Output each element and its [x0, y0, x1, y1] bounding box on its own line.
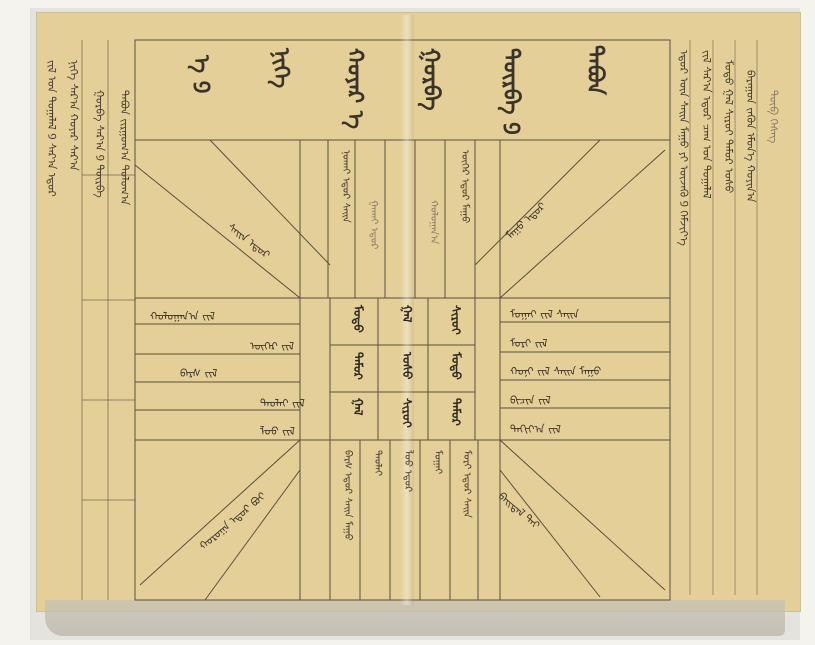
center-cell-2: ᠭᠠᠯ [397, 305, 418, 322]
right-margin-column-2: ᠵᠢᠯ ᠰᠠᠷ᠎ᠠ ᠡᠳᠦᠷ ᠴᠠᠭ ᠤᠨ ᠲᠣᠭᠠᠯᠠᠯ [697, 50, 716, 199]
right-margin-column-5: ᠲᠥᠪ ᠬᠡᠰᠡᠭ [764, 90, 783, 143]
right-row-1: ᠮᠣᠭᠠᠢ ᠵᠢᠯ ᠰᠠᠢᠨ [510, 303, 579, 322]
left-row-1: ᠬᠤᠯᠤᠭᠠᠨ᠎ᠠ ᠵᠢᠯ [150, 305, 215, 324]
center-cell-3: ᠰᠢᠷᠤᠢ [446, 305, 467, 335]
left-row-3: ᠪᠠᠷᠰ ᠵᠢᠯ [180, 362, 217, 381]
left-margin-column-2: ᠨᠢᠭᠡ ᠰᠠᠷ᠎ᠠ ᠬᠣᠶᠠᠷ ᠰᠠᠷ᠎ᠠ [64, 60, 83, 171]
header-glyph-6: ᠲᠠᠪᠤᠨ [576, 45, 614, 95]
right-margin-column-3: ᠮᠣᠳᠤ ᠭᠠᠯ ᠰᠢᠷᠤᠢ ᠲᠡᠮᠦᠷ ᠤᠰᠤ [719, 60, 738, 193]
right-margin-column-4: ᠪᠠᠷᠠᠭᠤᠨ ᠵᠡᠭᠦᠨ ᠡᠮᠦᠨ᠎ᠡ ᠬᠣᠶᠢᠨ᠎ᠠ [741, 70, 760, 202]
left-margin-column-1: ᠵᠢᠯ ᠤᠨ ᠲᠣᠭᠠᠯᠠᠯ ᠑ ᠰᠠᠷ᠎ᠠ ᠡᠳᠦᠷ [42, 60, 61, 197]
center-cell-6: ᠮᠣᠳᠤ [446, 352, 467, 380]
left-row-4: ᠲᠠᠤᠯᠠᠢ ᠵᠢᠯ [260, 392, 305, 411]
center-cell-4: ᠲᠡᠮᠦᠷ [348, 352, 369, 380]
top-column-4: ᠦᠬᠡᠷ ᠡᠳᠦᠷ ᠮᠠᠭᠤ [455, 150, 473, 223]
header-glyph-4: ᠭᠤᠷᠪᠠ [412, 48, 450, 111]
bottom-column-3: ᠯᠤᠤ ᠡᠳᠦᠷ [398, 450, 416, 492]
bottom-column-5: ᠮᠣᠷᠢ ᠡᠳᠦᠷ ᠰᠠᠢᠨ [457, 450, 475, 518]
center-cell-5: ᠤᠰᠤ [397, 352, 418, 379]
center-cell-8: ᠰᠢᠷᠤᠢ [397, 398, 418, 428]
center-cell-9: ᠲᠡᠮᠦᠷ [446, 398, 467, 426]
right-row-3: ᠬᠣᠨᠢ ᠵᠢᠯ ᠰᠠᠢᠨ ᠮᠠᠭᠤ [510, 360, 601, 379]
bottom-column-1: ᠪᠠᠷᠰ ᠡᠳᠦᠷ ᠰᠠᠢᠨ ᠮᠠᠭᠤ [338, 450, 356, 541]
header-glyph-1: ᠡ ᠑ [182, 55, 220, 93]
left-margin-column-4: ᠲᠠᠪᠤᠨ ᠵᠢᠷᠭᠤᠭ᠎ᠠ ᠳᠣᠯᠤᠭ᠎ᠠ [115, 90, 134, 205]
center-cell-1: ᠮᠣᠳᠤ [348, 305, 369, 333]
bottom-column-4: ᠮᠣᠭᠠᠢ [428, 450, 446, 474]
header-glyph-3: ᠬᠣᠶᠠᠷ ᠡ [336, 48, 374, 129]
left-row-2: ᠦᠬᠡᠷ ᠵᠢᠯ [250, 335, 294, 354]
top-column-1: ᠨᠣᠬᠠᠢ ᠡᠳᠦᠷ ᠰᠠᠢᠨ [336, 150, 354, 223]
left-margin-column-3: ᠭᠤᠷᠪᠠ ᠰᠠᠷ᠎ᠠ ᠑ ᠳᠥᠷᠪᠡ [90, 90, 109, 198]
bottom-column-2: ᠲᠠᠤᠯᠠᠢ [368, 450, 386, 476]
right-margin-column-1: ᠡᠳᠦᠷ ᠦᠨ ᠰᠠᠢᠨ ᠮᠠᠭᠤ ᠶᠢ ᠦᠵᠡᠬᠦ ᠑ ᠬᠡᠮᠵᠢᠶ᠎ᠡ [674, 50, 693, 246]
right-row-4: ᠪᠢᠴᠢᠨ ᠵᠢᠯ [510, 389, 551, 408]
center-cell-7: ᠭᠠᠯ [348, 398, 369, 415]
top-column-3: ᠬᠤᠯᠤᠭᠠᠨ᠎ᠠ [424, 200, 442, 244]
right-row-2: ᠮᠣᠷᠢ ᠵᠢᠯ [510, 332, 548, 351]
right-row-5: ᠲᠠᠬᠢᠶ᠎ᠠ ᠵᠢᠯ [510, 418, 561, 437]
header-glyph-5: ᠳᠥᠷᠪᠡ ᠑ [492, 48, 530, 135]
header-glyph-2: ᠨᠢᠭᠡ [262, 48, 300, 88]
top-column-2: ᠭᠠᠬᠠᠢ ᠡᠳᠦᠷ [364, 200, 382, 249]
left-row-5: ᠯᠤᠤ ᠵᠢᠯ [260, 420, 295, 439]
